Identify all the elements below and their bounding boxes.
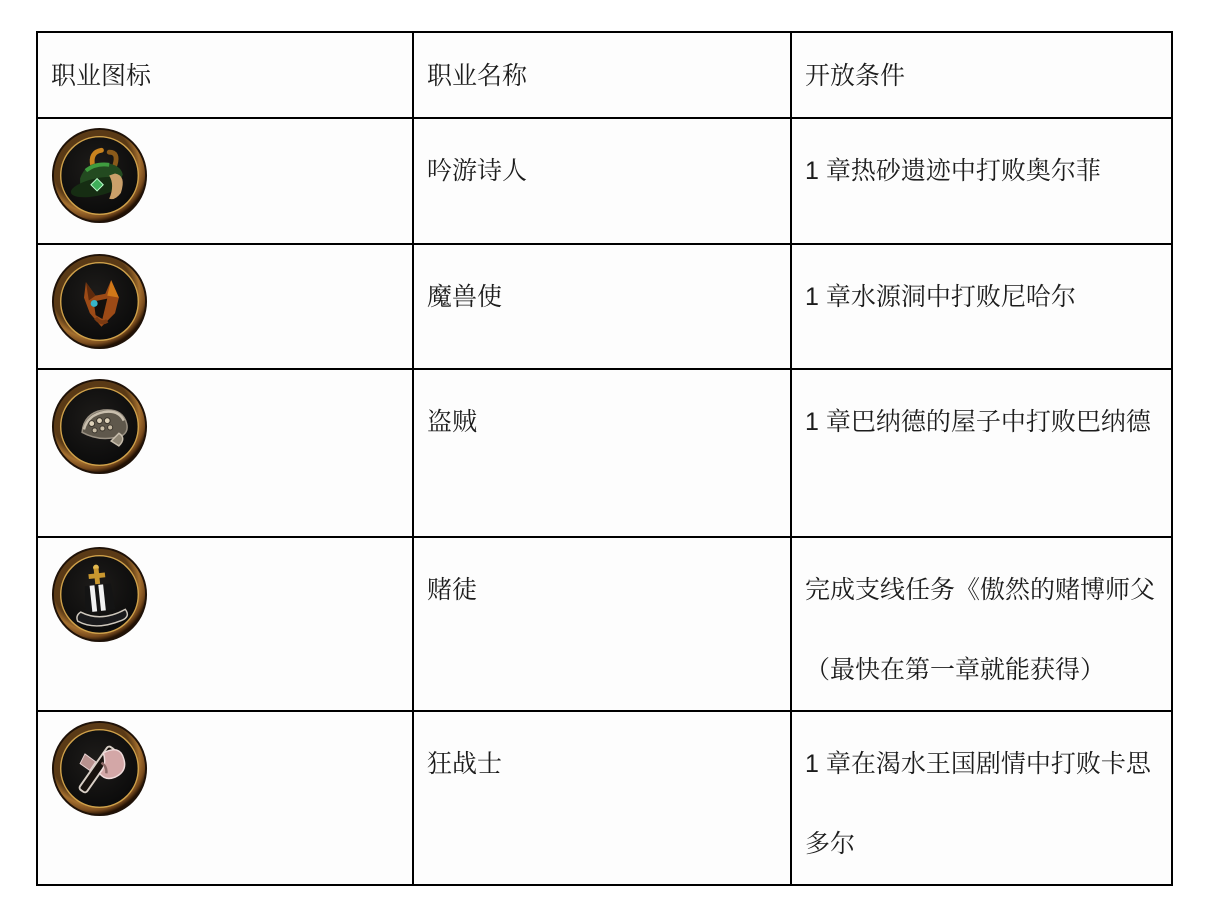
berserker-class-icon xyxy=(51,720,148,817)
class-name: 狂战士 xyxy=(413,711,791,885)
unlock-condition: 1 章在渴水王国剧情中打败卡思多尔 xyxy=(791,711,1172,885)
class-icon-cell xyxy=(37,711,413,885)
column-header-class-name: 职业名称 xyxy=(413,32,791,118)
class-name: 魔兽使 xyxy=(413,244,791,369)
unlock-condition: 完成支线任务《傲然的赌博师父（最快在第一章就能获得） xyxy=(791,537,1172,711)
bard-class-icon xyxy=(51,127,148,224)
class-unlock-table: 职业图标 职业名称 开放条件 xyxy=(36,31,1173,886)
beastmaster-class-icon xyxy=(51,253,148,350)
thief-class-icon xyxy=(51,378,148,475)
table-row: 魔兽使 1 章水源洞中打败尼哈尔 xyxy=(37,244,1172,369)
table-row: 狂战士 1 章在渴水王国剧情中打败卡思多尔 xyxy=(37,711,1172,885)
unlock-condition: 1 章热砂遗迹中打败奥尔菲 xyxy=(791,118,1172,244)
class-icon-cell xyxy=(37,369,413,537)
class-name: 盗贼 xyxy=(413,369,791,537)
unlock-condition: 1 章巴纳德的屋子中打败巴纳德 xyxy=(791,369,1172,537)
table-row: 盗贼 1 章巴纳德的屋子中打败巴纳德 xyxy=(37,369,1172,537)
gambler-class-icon xyxy=(51,546,148,643)
column-header-class-icon: 职业图标 xyxy=(37,32,413,118)
class-icon-cell xyxy=(37,118,413,244)
table-row: 赌徒 完成支线任务《傲然的赌博师父（最快在第一章就能获得） xyxy=(37,537,1172,711)
header-row: 职业图标 职业名称 开放条件 xyxy=(37,32,1172,118)
class-name: 赌徒 xyxy=(413,537,791,711)
class-icon-cell xyxy=(37,537,413,711)
class-name: 吟游诗人 xyxy=(413,118,791,244)
class-icon-cell xyxy=(37,244,413,369)
table-row: 吟游诗人 1 章热砂遗迹中打败奥尔菲 xyxy=(37,118,1172,244)
unlock-condition: 1 章水源洞中打败尼哈尔 xyxy=(791,244,1172,369)
column-header-unlock-condition: 开放条件 xyxy=(791,32,1172,118)
